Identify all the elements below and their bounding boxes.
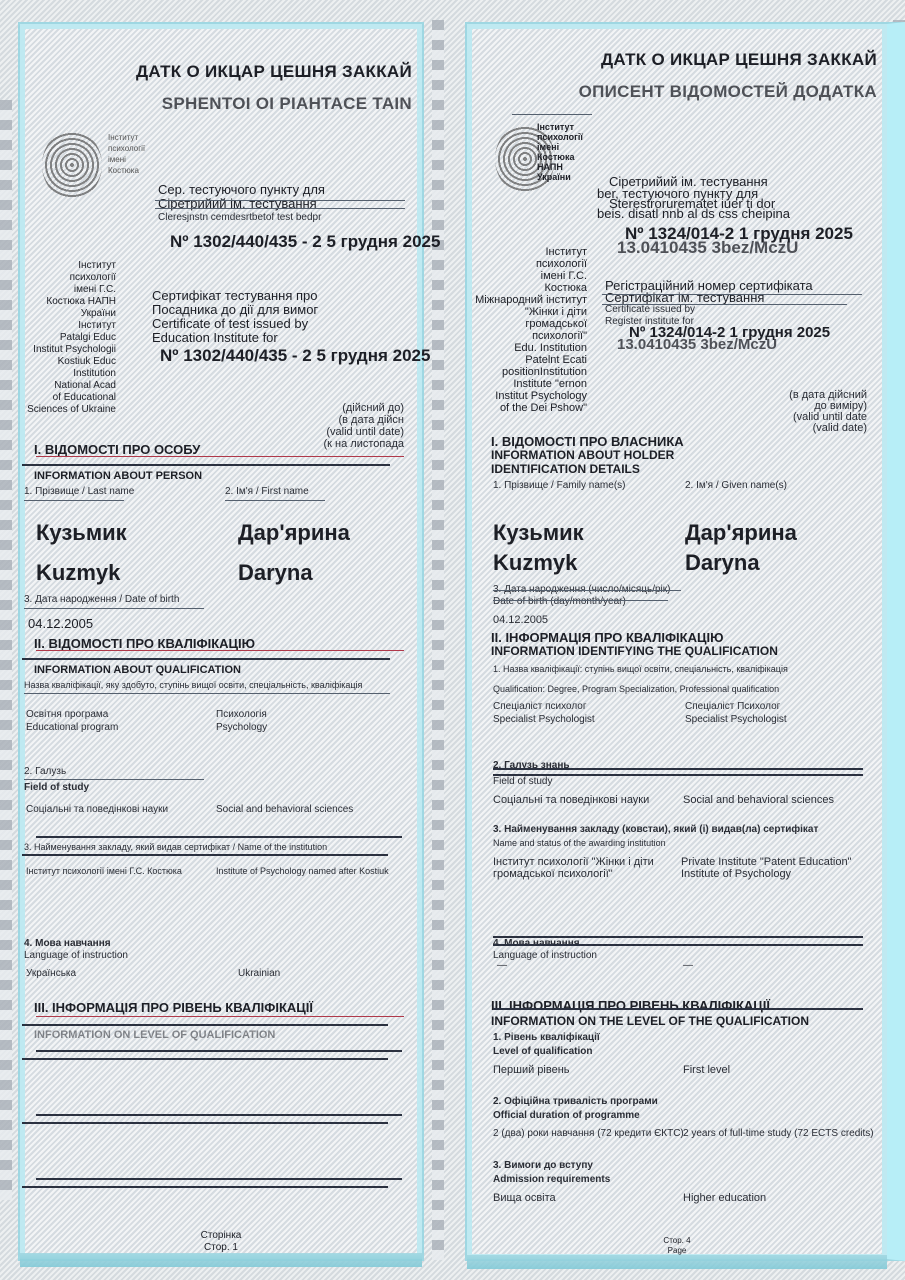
divider [493,768,863,770]
last-name-ua: Кузьмик [36,520,127,546]
level-en: First level [683,1064,730,1076]
last-name-en: Kuzmyk [36,560,120,586]
qualification-col2: ПсихологіяPsychology [216,708,267,734]
last-name-label: 1. Прізвище / Last name [24,486,134,497]
duration-label: 2. Офіційна тривалість програми [493,1096,658,1107]
field-of-study-ua: Соціальні та поведінкові науки [493,794,649,806]
last-name-en: Kuzmyk [493,550,577,576]
center-edge-strip [432,20,444,1260]
issuer-line-4: beis. disatl nnb al ds css cheipina [597,206,790,221]
page-footer: СторінкаСтор. 1 [20,1230,422,1254]
section-1-title: І. ВІДОМОСТІ ПРО ВЛАСНИКА [491,434,684,449]
level-ua: Перший рівень [493,1064,570,1076]
institution-name-en: Private Institute "Patent Education" Ins… [681,856,861,880]
divider [36,1178,402,1180]
institution-name-en: Institute of Psychology named after Kost… [216,866,389,876]
institution-name-ua: Інститут психології "Жінки і діти громад… [493,856,673,880]
certificate-number-2: Nº 1302/440/435 - 2 5 грудня 2025 [160,346,430,366]
admission-sublabel: Admission requirements [493,1174,610,1185]
first-name-en: Daryna [238,560,313,586]
dob-value: 04.12.2005 [28,616,93,631]
first-name-label: 2. Ім'я / First name [225,486,309,497]
emblem-caption: ІнститутпсихологіїіменіКостюка [108,132,145,176]
doc-title-english: SPHENTOI OI PIAHTACE TAIN [162,94,412,114]
divider [36,836,402,838]
issuer-line-3: Cleresjnstn cemdesrtbetof test bedpr [158,212,321,223]
first-name-en: Daryna [685,550,760,576]
institution-side-block: Інститутпсихологіїімені Г.С.КостюкаМіжна… [469,246,587,414]
duration-sublabel: Official duration of programme [493,1110,640,1121]
level-sublabel: Level of qualification [493,1046,592,1057]
institution-side-block: Інститутпсихологіїімені Г.С.Костюка НАПН… [26,260,116,416]
language-en: — [683,960,693,971]
language-en: Ukrainian [238,968,280,979]
first-name-ua: Дар'ярина [685,520,797,546]
issuer-line-1: Сер. тестуючого пункту для [158,182,325,197]
divider [22,1058,388,1060]
dob-sublabel: Date of birth (day/month/year) [493,596,626,607]
divider [493,774,863,776]
language-sub: Language of instruction [493,950,597,961]
validity-note: (в дата дійснийдо виміру)(valid until da… [789,390,867,434]
divider [22,464,390,466]
divider [225,500,325,501]
qualification-description: 1. Назва кваліфікації: ступінь вищої осв… [493,664,788,674]
dob-label: 3. Дата народження / Date of birth [24,594,179,605]
divider [24,608,204,609]
qualification-description: Назва кваліфікації, яку здобуто, ступінь… [24,680,362,690]
language-ua: Українська [26,968,76,979]
first-name-ua: Дар'ярина [238,520,350,546]
dob-value: 04.12.2005 [493,614,548,626]
divider [22,1024,388,1026]
section-2-subtitle: INFORMATION ABOUT QUALIFICATION [34,664,241,676]
divider [493,1008,863,1010]
divider [493,590,681,591]
field-of-study-sub: Field of study [493,776,552,787]
divider [22,854,388,856]
document-page-right: ДАТК О ИКЦАР ЦЕШНЯ ЗАККАЙ ОПИСЕНТ ВІДОМО… [465,22,905,1261]
section-3-title: ІІІ. ІНФОРМАЦІЯ ПРО РІВЕНЬ КВАЛІФІКАЦІЇ [34,1000,313,1015]
institution-name-ua: Інститут психології імені Г.С. Костюка [26,866,182,876]
qualification-description-en: Qualification: Degree, Program Specializ… [493,684,779,694]
divider [155,200,405,201]
section-1-title: І. ВІДОМОСТІ ПРО ОСОБУ [34,442,200,457]
last-name-ua: Кузьмик [493,520,584,546]
language-label: 4. Мова навчання [24,938,111,949]
doc-title: ДАТК О ИКЦАР ЦЕШНЯ ЗАККАЙ [136,62,412,82]
language-sub: Language of instruction [24,950,128,961]
section-1-subtitle: INFORMATION ABOUT HOLDER [491,448,674,462]
section-2-title: ІІ. ВІДОМОСТІ ПРО КВАЛІФІКАЦІЮ [34,636,255,651]
language-ua: — [497,960,507,971]
divider [36,1016,404,1017]
qualification-col1: Спеціаліст психологSpecialist Psychologi… [493,700,595,726]
divider [602,294,862,295]
divider [602,304,847,305]
divider [36,1050,402,1052]
duration-en: 2 years of full-time study (72 ECTS cred… [683,1128,874,1139]
section-1-subtitle-2: IDENTIFICATION DETAILS [491,462,640,476]
doc-title-english: ОПИСЕНТ ВІДОМОСТЕЙ ДОДАТКА [579,82,877,102]
certificate-number-4: 13.0410435 3bez/MczU [617,336,777,353]
divider [24,779,204,780]
institution-name-label-en: Name and status of the awarding institut… [493,838,666,848]
institution-name-label: 3. Найменування закладу, який видав серт… [24,842,327,852]
divider [22,1122,388,1124]
divider [24,693,390,694]
divider [493,600,668,601]
certificate-number-alt: 13.0410435 3bez/MczU [617,238,798,258]
field-of-study-ua: Соціальні та поведінкові науки [26,804,168,815]
divider [36,650,404,651]
divider [512,114,592,115]
section-1-subtitle: INFORMATION ABOUT PERSON [34,470,202,482]
section-2-subtitle: INFORMATION IDENTIFYING THE QUALIFICATIO… [491,644,778,658]
institution-name-label: 3. Найменування закладу (ковстаи), який … [493,824,818,835]
section-3-subtitle: INFORMATION ON THE LEVEL OF THE QUALIFIC… [491,1014,809,1028]
divider [493,944,863,946]
document-page-left: ДАТК О ИКЦАР ЦЕШНЯ ЗАККАЙ SPHENTOI OI PI… [18,22,424,1261]
qualification-col2: Спеціаліст ПсихологSpecialist Psychologi… [685,700,787,726]
section-3-title: ІІІ. ІНФОРМАЦІЯ ПРО РІВЕНЬ КВАЛІФІКАЦІЇ [491,998,770,1013]
level-label: 1. Рівень кваліфікації [493,1032,600,1043]
first-name-label: 2. Ім'я / Given name(s) [685,480,787,491]
divider [24,500,124,501]
divider [22,1186,388,1188]
admission-label: 3. Вимоги до вступу [493,1160,593,1171]
divider [22,658,390,660]
validity-note: (дійсний до)(в дата дійсн(valid until da… [324,402,405,450]
certificate-number: Nº 1302/440/435 - 2 5 грудня 2025 [170,232,440,252]
page-footer: Стор. 4Page [467,1236,887,1256]
section-3-subtitle: INFORMATION ON LEVEL OF QUALIFICATION [34,1029,275,1041]
last-name-label: 1. Прізвище / Family name(s) [493,480,625,491]
admission-en: Higher education [683,1192,766,1204]
divider [36,1114,402,1116]
field-of-study-en: Social and behavioral sciences [683,794,834,806]
page-bottom-band [467,1255,887,1269]
qualification-col1: Освітня програмаEducational program [26,708,118,734]
page-bottom-band [20,1253,422,1267]
divider [155,208,405,209]
field-of-study-label: 2. Галузь [24,766,66,777]
emblem-seal-icon [42,130,102,200]
doc-title: ДАТК О ИКЦАР ЦЕШНЯ ЗАККАЙ [601,50,877,70]
divider [36,456,404,457]
issuer-block-2: Сертифікат тестування проПосадника до ді… [152,289,318,345]
admission-ua: Вища освіта [493,1192,556,1204]
section-2-title: ІІ. ІНФОРМАЦІЯ ПРО КВАЛІФІКАЦІЮ [491,630,724,645]
field-of-study-en: Social and behavioral sciences [216,804,353,815]
emblem-caption: ІнститутпсихологіїіменіКостюкаНАПНУкраїн… [537,122,583,182]
duration-ua: 2 (два) роки навчання (72 кредити ЄКТС) [493,1128,684,1139]
field-of-study-sub: Field of study [24,782,89,793]
left-edge-strip [0,100,12,1200]
